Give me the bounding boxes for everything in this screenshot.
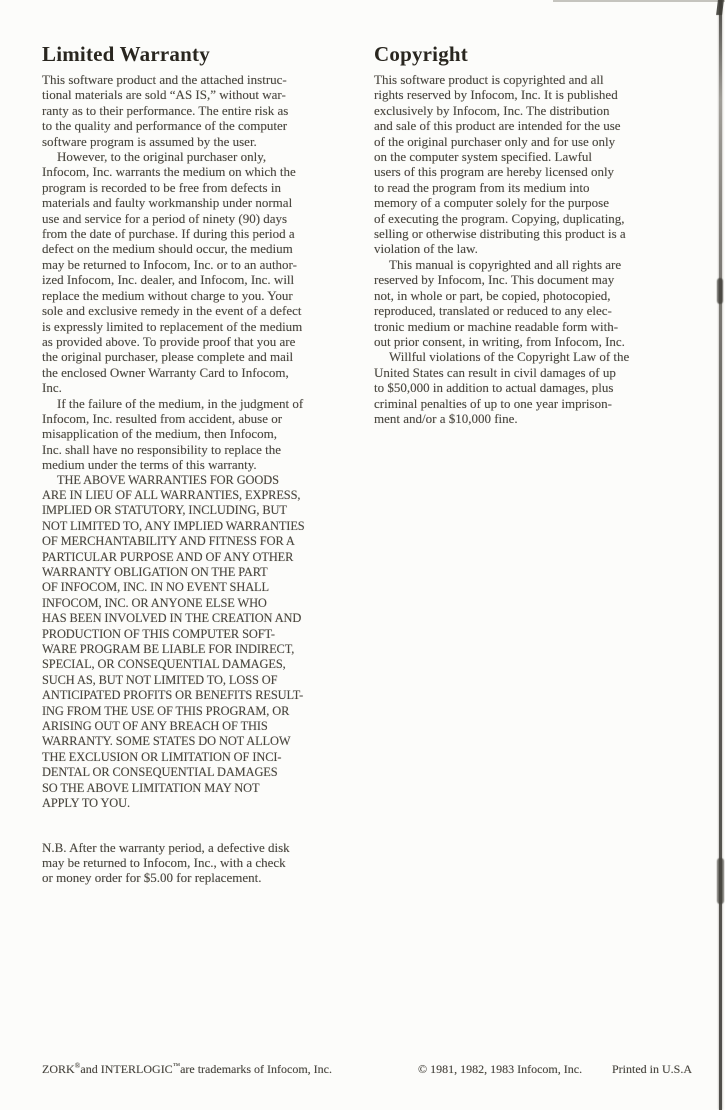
copyright-line: © 1981, 1982, 1983 Infocom, Inc. <box>418 1062 582 1077</box>
scan-artifact-top-edge <box>553 0 725 2</box>
copyright-paragraph-2: This manual is copyrighted and all right… <box>374 257 674 349</box>
trademark-line: ZORK®and INTERLOGIC™are trademarks of In… <box>42 1062 332 1077</box>
limited-warranty-section: Limited Warranty This software product a… <box>42 42 360 886</box>
copyright-paragraph-1: This software product is copyrighted and… <box>374 72 674 257</box>
warranty-paragraph-3: If the failure of the medium, in the jud… <box>42 396 360 473</box>
copyright-heading: Copyright <box>374 42 674 67</box>
printed-in-usa-line: Printed in U.S.A <box>612 1062 692 1077</box>
warranty-paragraph-1: This software product and the attached i… <box>42 72 360 149</box>
copyright-section: Copyright This software product is copyr… <box>374 42 674 426</box>
scanned-manual-page: Limited Warranty This software product a… <box>0 0 725 1110</box>
scan-artifact-smudge <box>717 858 724 904</box>
copyright-paragraph-3: Willful violations of the Copyright Law … <box>374 349 674 426</box>
warranty-nb-note: N.B. After the warranty period, a defect… <box>42 840 360 886</box>
tm-mark: ™ <box>173 1061 180 1070</box>
scan-artifact-right-edge <box>719 0 722 1110</box>
warranty-paragraph-4-allcaps: THE ABOVE WARRANTIES FOR GOODS ARE IN LI… <box>42 473 360 812</box>
scan-artifact-smudge <box>717 278 723 304</box>
interlogic-wordmark: and INTERLOGIC <box>80 1062 172 1076</box>
trademark-text: are trademarks of Infocom, Inc. <box>180 1062 332 1076</box>
limited-warranty-heading: Limited Warranty <box>42 42 360 67</box>
zork-wordmark: ZORK <box>42 1062 75 1076</box>
scan-artifact-corner <box>716 0 724 15</box>
warranty-paragraph-2: However, to the original purchaser only,… <box>42 149 360 396</box>
